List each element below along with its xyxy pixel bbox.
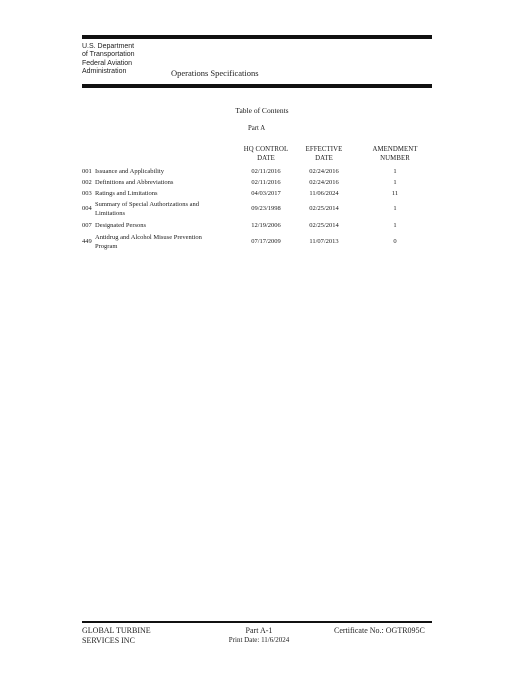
agency-line: of Transportation [82,51,135,59]
section-title-line: Issuance and Applicability [95,168,164,175]
agency-line: U.S. Department [82,43,135,51]
page-label: Part A-1 [189,626,329,636]
section-title-line: Program [95,243,202,252]
cell-effective-date: 11/07/2013 [289,238,359,245]
column-header-effective-date: EFFECTIVE DATE [284,146,364,163]
document-title: Operations Specifications [171,68,259,78]
section-title-line: Designated Persons [95,222,146,229]
column-header-line: DATE [284,155,364,164]
section-title-line: Limitations [95,210,199,219]
section-number: 002 [82,179,92,186]
cell-effective-date: 11/06/2024 [289,190,359,197]
cell-effective-date: 02/25/2014 [289,205,359,212]
agency-name: U.S. Department of Transportation Federa… [82,43,135,77]
company-line: SERVICES INC [82,636,151,646]
company-line: GLOBAL TURBINE [82,626,151,636]
footer-company: GLOBAL TURBINE SERVICES INC [82,626,151,645]
section-title: Definitions and Abbreviations [95,179,173,186]
section-title-line: Summary of Special Authorizations and [95,201,199,210]
section-title: Designated Persons [95,222,146,229]
column-header-line: EFFECTIVE [284,146,364,155]
section-number: 003 [82,190,92,197]
cell-amendment-number: 1 [360,179,430,186]
section-number: 001 [82,168,92,175]
cell-amendment-number: 1 [360,168,430,175]
header-bottom-rule [82,84,432,88]
section-number: 449 [82,238,92,245]
section-number: 004 [82,205,92,212]
header-top-rule [82,35,432,39]
cell-amendment-number: 1 [360,205,430,212]
footer-page-info: Part A-1 Print Date: 11/6/2024 [189,626,329,645]
agency-line: Administration [82,68,135,76]
cell-amendment-number: 11 [360,190,430,197]
document-page: U.S. Department of Transportation Federa… [0,0,524,679]
toc-title: Table of Contents [0,106,524,115]
section-title: Summary of Special Authorizations andLim… [95,201,199,218]
cell-amendment-number: 1 [360,222,430,229]
column-header-line: AMENDMENT [355,146,435,155]
column-header-line: NUMBER [355,155,435,164]
cell-effective-date: 02/24/2016 [289,168,359,175]
section-title: Issuance and Applicability [95,168,164,175]
part-label: Part A [248,125,265,132]
agency-line: Federal Aviation [82,60,135,68]
section-title-line: Antidrug and Alcohol Misuse Prevention [95,234,202,243]
certificate-number: Certificate No.: OGTR095C [334,626,425,636]
cell-effective-date: 02/24/2016 [289,179,359,186]
section-number: 007 [82,222,92,229]
column-header-amendment-number: AMENDMENT NUMBER [355,146,435,163]
section-title: Ratings and Limitations [95,190,157,197]
cell-effective-date: 02/25/2014 [289,222,359,229]
section-title-line: Definitions and Abbreviations [95,179,173,186]
footer-rule [82,621,432,623]
section-title-line: Ratings and Limitations [95,190,157,197]
print-date: Print Date: 11/6/2024 [189,636,329,646]
cell-amendment-number: 0 [360,238,430,245]
section-title: Antidrug and Alcohol Misuse PreventionPr… [95,234,202,251]
